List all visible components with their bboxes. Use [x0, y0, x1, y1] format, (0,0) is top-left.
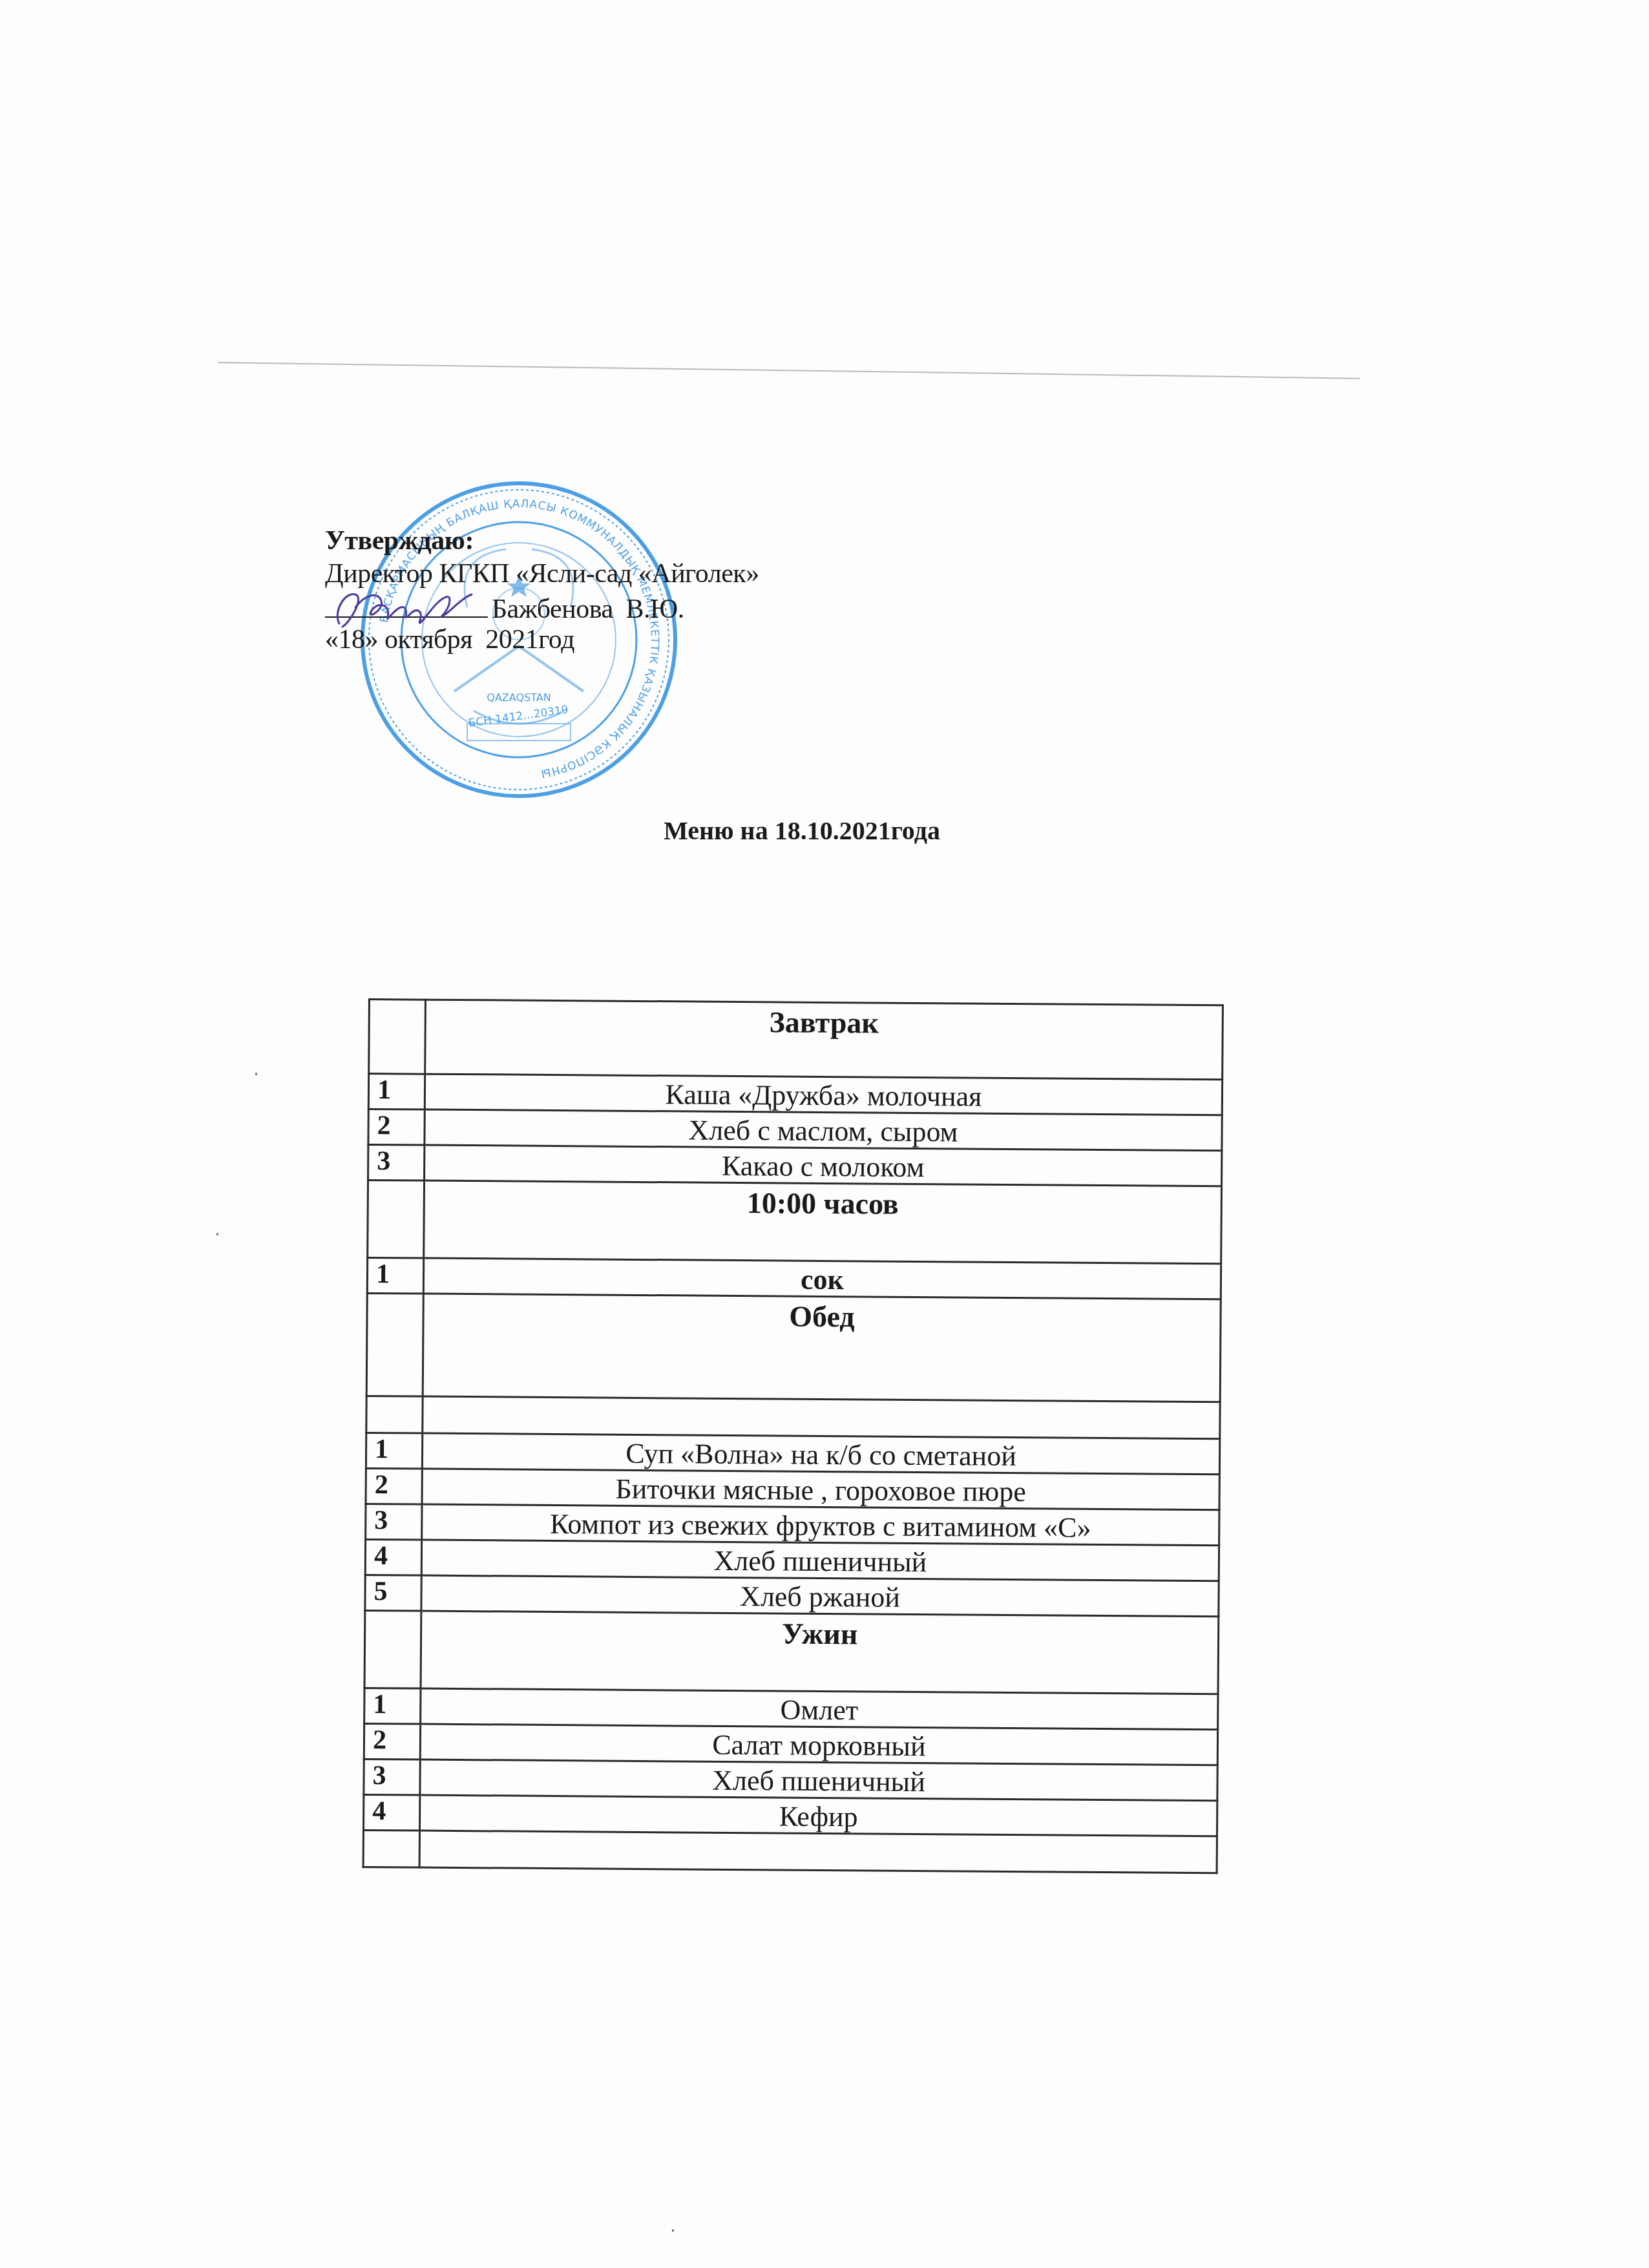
table-row: 5Хлеб ржаной [365, 1575, 1219, 1616]
approval-heading: Утверждаю: [325, 525, 842, 558]
item-number: 1 [364, 1688, 421, 1724]
item-number: 4 [364, 1794, 420, 1831]
stamp-inner-text: QAZAQSTAN [487, 691, 551, 704]
item-number: 3 [364, 1759, 420, 1795]
item-number: 1 [366, 1433, 422, 1469]
section-header-row: Завтрак [369, 1000, 1223, 1080]
table-row: 1Омлет [364, 1688, 1218, 1729]
section-header-row: Ужин [364, 1610, 1219, 1694]
item-number: 3 [368, 1145, 425, 1181]
dish-name: Салат морковный [420, 1724, 1217, 1765]
item-number [363, 1830, 419, 1867]
approval-signatory: Бажбенова В.Ю. [492, 594, 684, 624]
section-number-cell [364, 1610, 421, 1688]
section-number-cell [368, 1181, 425, 1259]
dish-name: Какао с молоком [425, 1145, 1222, 1186]
section-header-row: Обед [366, 1293, 1221, 1402]
dish-name: Кефир [420, 1795, 1217, 1836]
section-title: Завтрак [425, 1000, 1223, 1080]
table-row [363, 1830, 1217, 1873]
table-row: 2Биточки мясные , гороховое пюре [366, 1468, 1219, 1509]
menu-table: Завтрак1Каша «Дружба» молочная2Хлеб с ма… [362, 998, 1224, 1874]
dish-name [423, 1396, 1220, 1439]
item-number [366, 1396, 423, 1433]
table-row: 4Кефир [364, 1794, 1217, 1836]
table-row: 1сок [367, 1258, 1221, 1299]
dish-name: сок [423, 1258, 1221, 1299]
table-row: 3Какао с молоком [368, 1145, 1222, 1186]
table-row: 1Суп «Волна» на к/б со сметаной [366, 1433, 1219, 1474]
scan-speck [255, 1073, 257, 1075]
item-number: 1 [368, 1074, 425, 1110]
item-number: 2 [368, 1109, 425, 1146]
dish-name: Хлеб с маслом, сыром [425, 1109, 1222, 1151]
item-number: 3 [366, 1504, 422, 1540]
section-title: Ужин [421, 1611, 1219, 1694]
item-number: 2 [364, 1723, 420, 1759]
stamp-bin: БСН 1412…20319 [468, 703, 569, 730]
header-rule [218, 362, 1360, 379]
dish-name [419, 1831, 1217, 1873]
dish-name: Биточки мясные , гороховое пюре [422, 1469, 1219, 1510]
section-number-cell [369, 1000, 426, 1075]
table-row [366, 1396, 1220, 1438]
table-row: 1Каша «Дружба» молочная [368, 1074, 1222, 1115]
table-row: 3Компот из свежих фруктов с витамином «С… [366, 1504, 1219, 1545]
handwritten-signature-icon [326, 585, 488, 636]
section-number-cell [366, 1293, 423, 1396]
item-number: 4 [365, 1539, 421, 1575]
item-number: 2 [366, 1468, 422, 1504]
dish-name: Хлеб пшеничный [420, 1759, 1217, 1801]
section-title: 10:00 часов [424, 1181, 1222, 1264]
dish-name: Хлеб пшеничный [421, 1540, 1219, 1581]
table-row: 2Хлеб с маслом, сыром [368, 1109, 1222, 1151]
item-number: 1 [367, 1258, 423, 1294]
scan-speck [216, 1233, 218, 1235]
dish-name: Хлеб ржаной [421, 1575, 1219, 1617]
table-row: 4Хлеб пшеничный [365, 1539, 1219, 1580]
scan-speck [672, 2229, 674, 2232]
dish-name: Омлет [421, 1688, 1218, 1730]
dish-name: Компот из свежих фруктов с витамином «С» [422, 1504, 1219, 1546]
table-row: 3Хлеб пшеничный [364, 1759, 1217, 1800]
dish-name: Суп «Волна» на к/б со сметаной [422, 1433, 1219, 1475]
section-title: Обед [423, 1294, 1221, 1402]
section-header-row: 10:00 часов [368, 1181, 1222, 1264]
document-title: Меню на 18.10.2021года [664, 815, 948, 846]
table-row: 2Салат морковный [364, 1723, 1217, 1765]
item-number: 5 [365, 1575, 421, 1611]
dish-name: Каша «Дружба» молочная [425, 1074, 1222, 1115]
